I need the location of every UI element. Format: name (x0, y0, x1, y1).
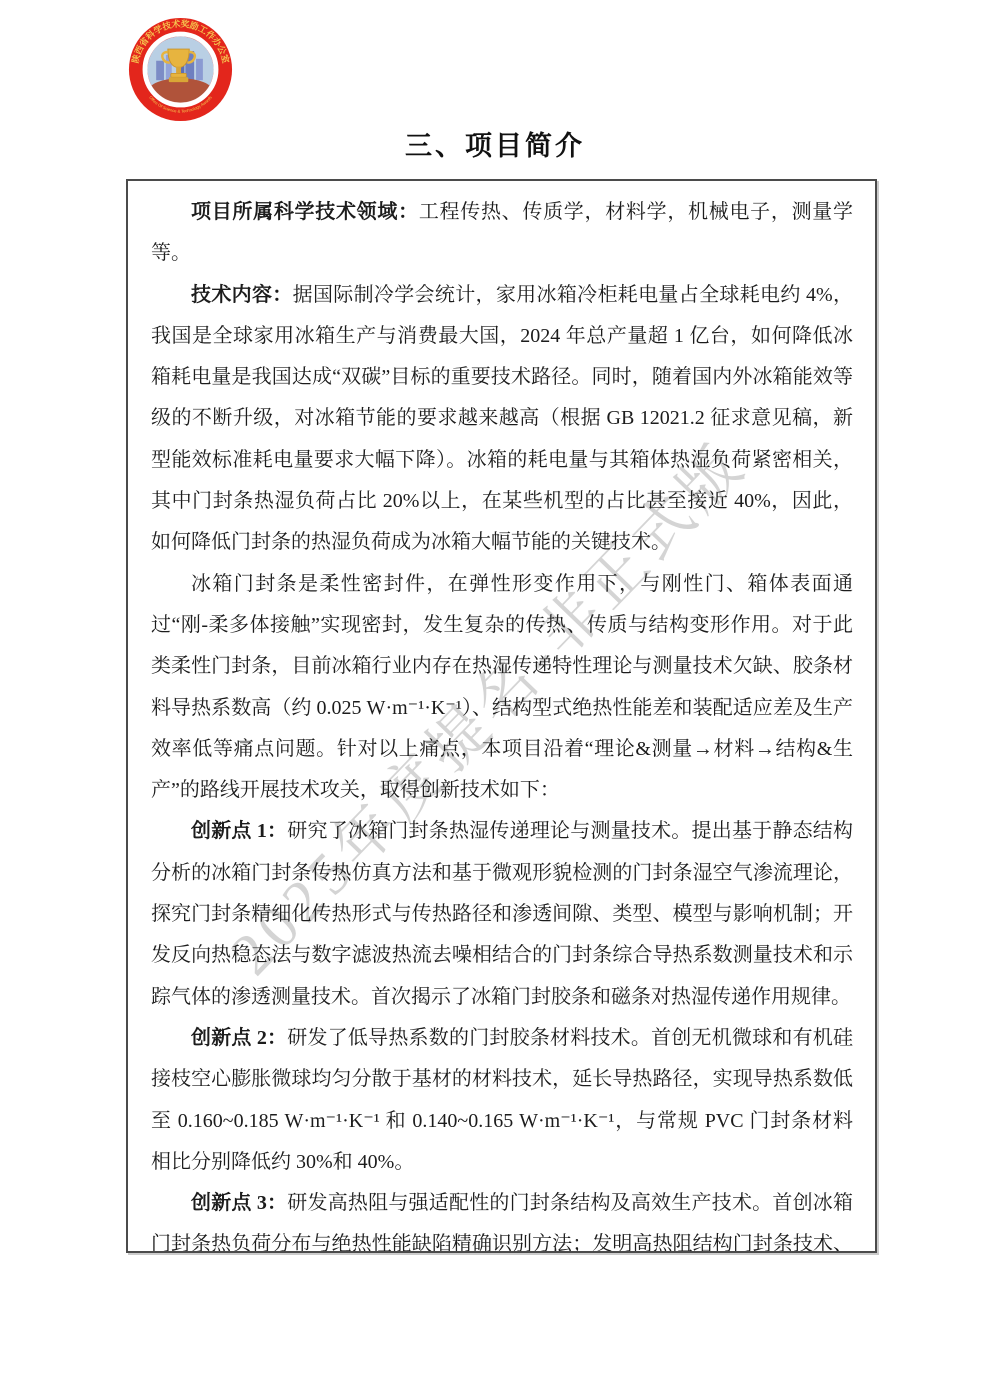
paragraph-field-domain: 项目所属科学技术领域：工程传热、传质学，材料学，机械电子，测量学等。 (151, 192, 853, 275)
paragraph-technical-content: 技术内容：据国际制冷学会统计，家用冰箱冷柜耗电量占全球耗电约 4%，我国是全球家… (151, 275, 853, 564)
document-page: 2025年度提名-非正式版 (0, 0, 990, 1399)
paragraph-innovation-2: 创新点 2：研发了低导热系数的门封胶条材料技术。首创无机微球和有机硅接枝空心膨胀… (151, 1018, 853, 1183)
paragraph-lead: 项目所属科学技术领域： (191, 201, 419, 223)
paragraph-body: 研究了冰箱门封条热湿传递理论与测量技术。提出基于静态结构分析的冰箱门封条传热仿真… (151, 820, 853, 1007)
paragraph-innovation-1: 创新点 1：研究了冰箱门封条热湿传递理论与测量技术。提出基于静态结构分析的冰箱门… (151, 811, 853, 1017)
page-title: 三、项目简介 (0, 124, 990, 163)
paragraph-lead: 技术内容： (191, 284, 293, 306)
paragraph-lead: 创新点 2： (191, 1027, 287, 1049)
paragraph-body: 冰箱门封条是柔性密封件，在弹性形变作用下，与刚性门、箱体表面通过“刚-柔多体接触… (151, 573, 853, 801)
paragraph-innovation-3: 创新点 3：研发高热阻与强适配性的门封条结构及高效生产技术。首创冰箱门封条热负荷… (151, 1183, 853, 1253)
content-box: 项目所属科学技术领域：工程传热、传质学，材料学，机械电子，测量学等。 技术内容：… (126, 179, 877, 1253)
org-seal-logo: 陕西省科学技术奖励工作办公室 Office Of Science & Techn… (127, 16, 234, 123)
seal-icon: 陕西省科学技术奖励工作办公室 Office Of Science & Techn… (127, 16, 234, 123)
paragraph-lead: 创新点 1： (191, 820, 287, 842)
paragraph-lead: 创新点 3： (191, 1192, 287, 1214)
paragraph-body: 据国际制冷学会统计，家用冰箱冷柜耗电量占全球耗电约 4%，我国是全球家用冰箱生产… (151, 284, 853, 554)
paragraph-background: 冰箱门封条是柔性密封件，在弹性形变作用下，与刚性门、箱体表面通过“刚-柔多体接触… (151, 564, 853, 812)
